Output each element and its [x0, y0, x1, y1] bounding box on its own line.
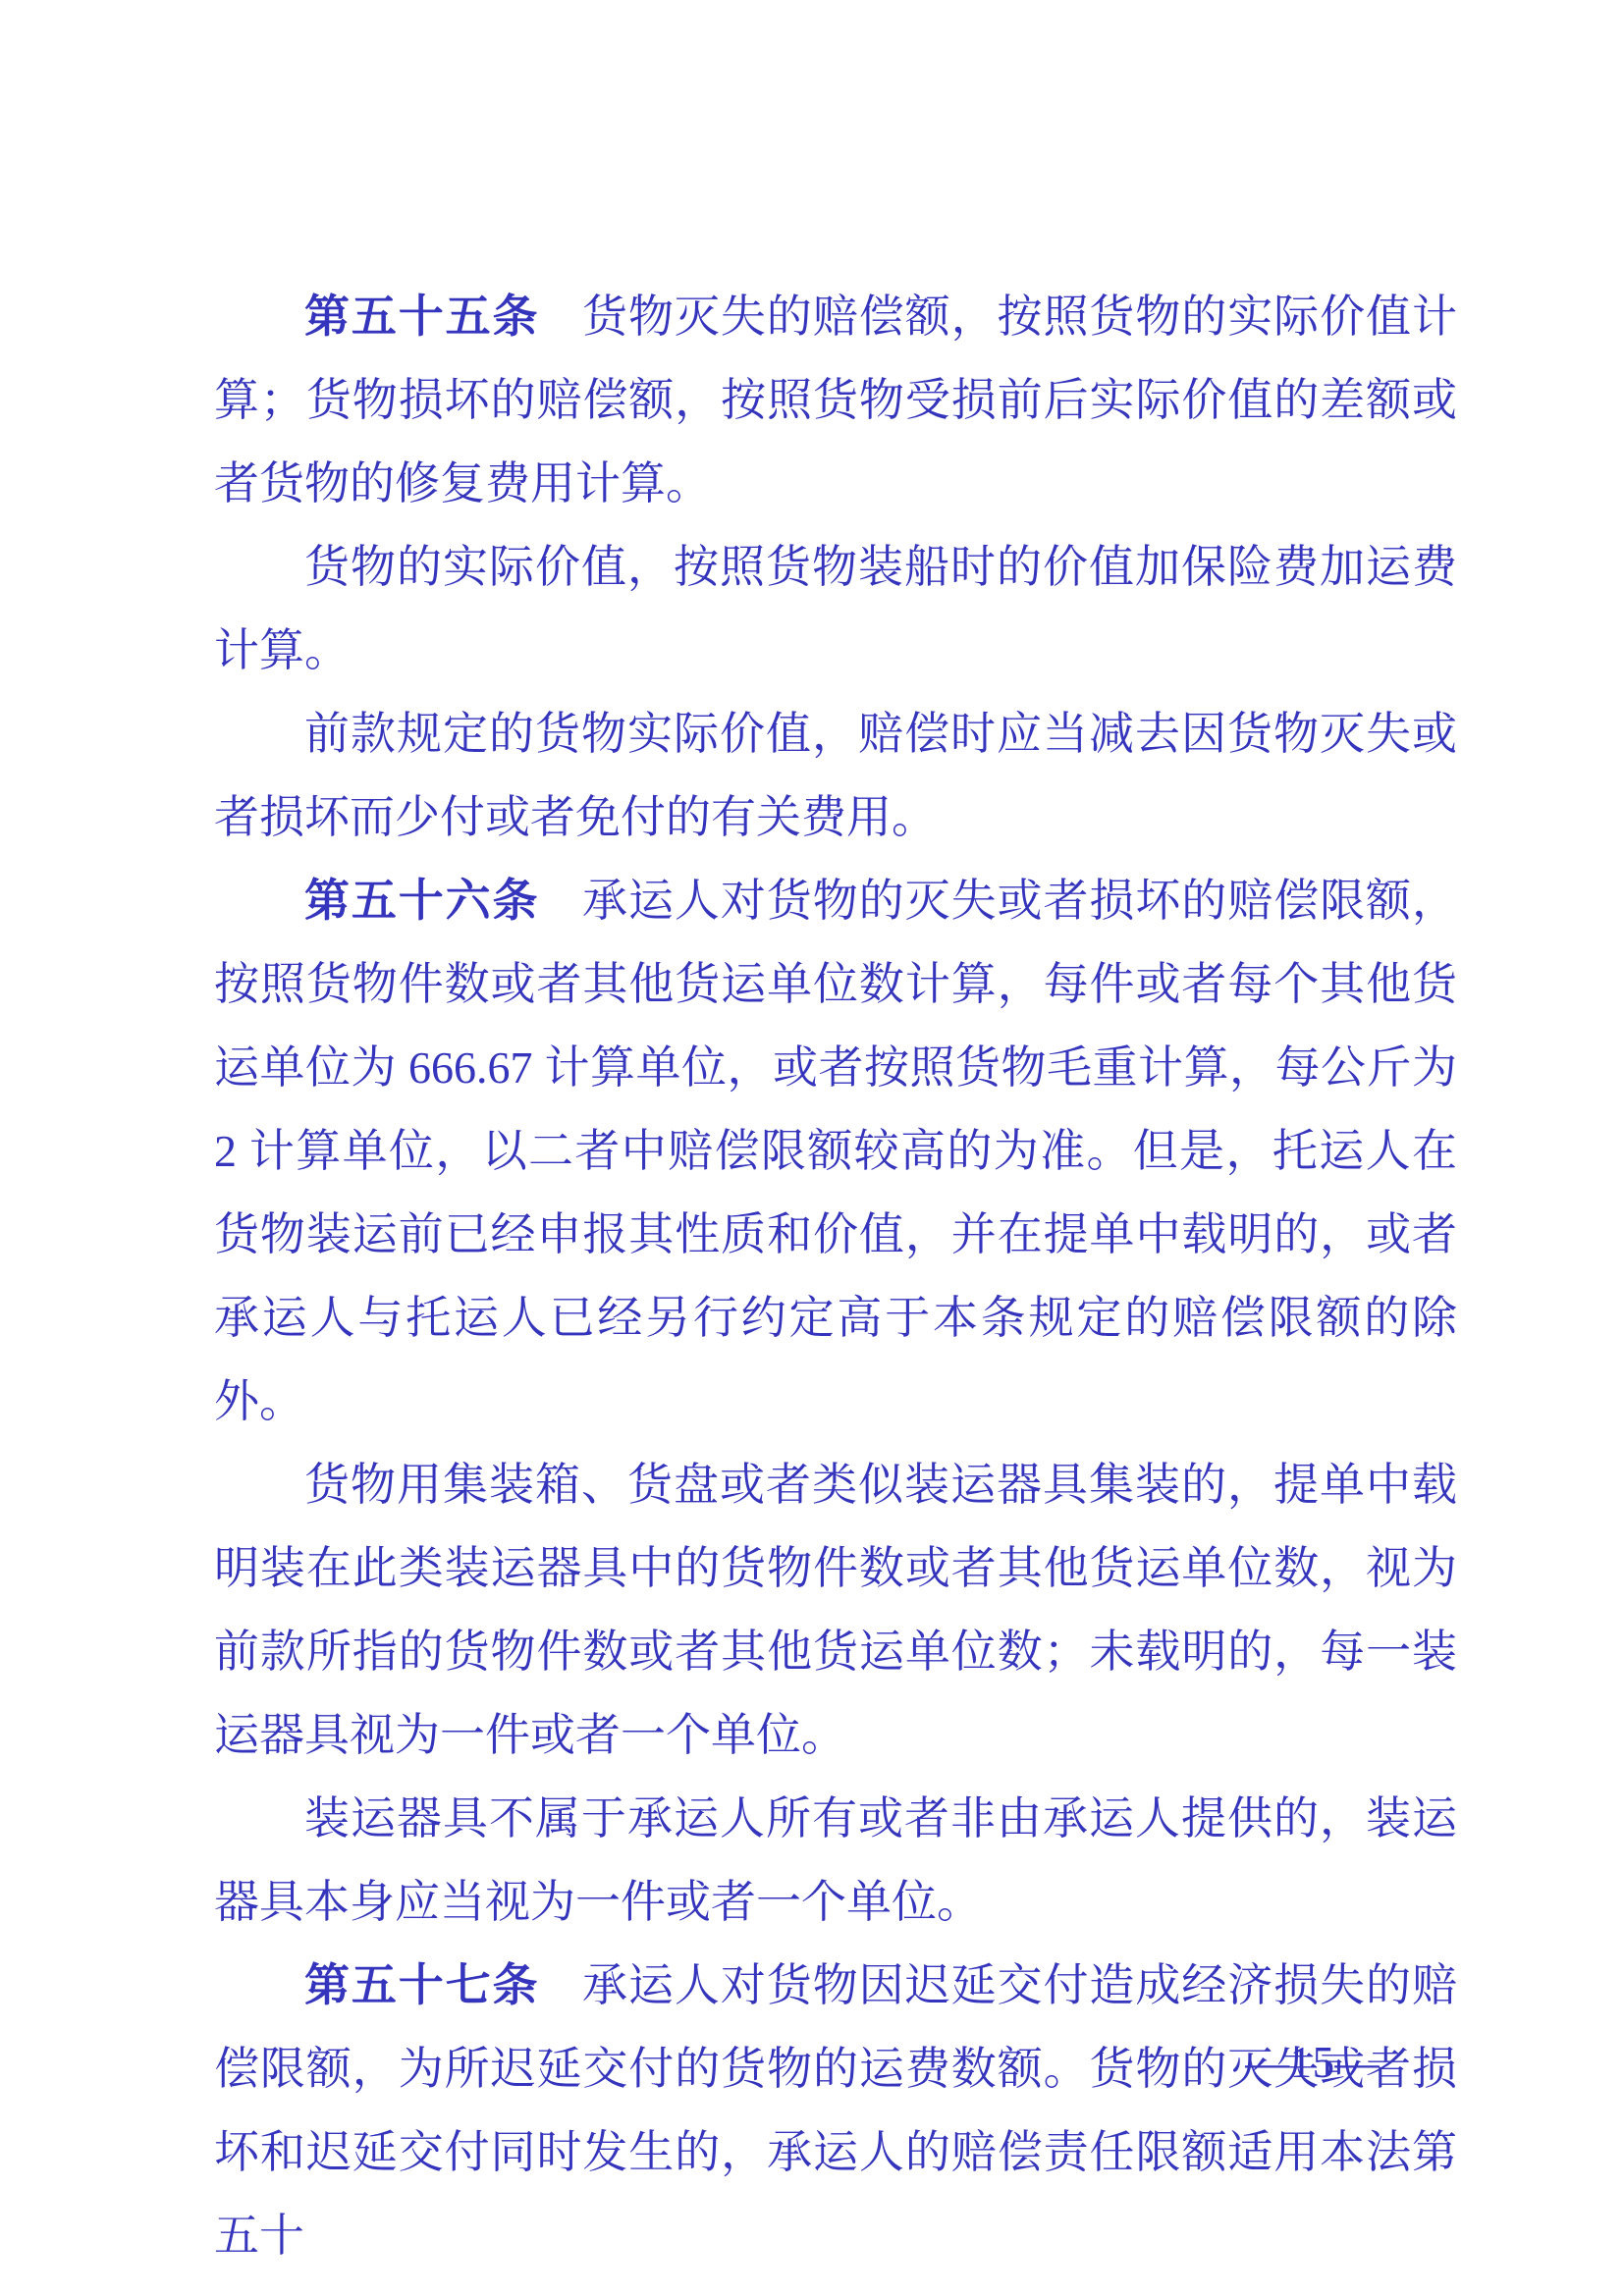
article-56-number: 第五十六条: [304, 875, 539, 926]
law-paragraph-article-55-clause-3: 前款规定的货物实际价值，赔偿时应当减去因货物灭失或者损坏而少付或者免付的有关费用…: [214, 692, 1457, 859]
article-56-clause-3-text: 装运器具不属于承运人所有或者非由承运人提供的，装运器具本身应当视为一件或者一个单…: [214, 1793, 1457, 1927]
document-page: 第五十五条货物灭失的赔偿额，按照货物的实际价值计算；货物损坏的赔偿额，按照货物受…: [0, 0, 1624, 2296]
law-paragraph-article-57: 第五十七条承运人对货物因迟延交付造成经济损失的赔偿限额，为所迟延交付的货物的运费…: [214, 1944, 1457, 2277]
article-55-clause-2-text: 货物的实际价值，按照货物装船时的价值加保险费加运费计算。: [214, 542, 1457, 675]
article-56-clause-2-text: 货物用集装箱、货盘或者类似装运器具集装的，提单中载明装在此类装运器具中的货物件数…: [214, 1460, 1457, 1760]
law-paragraph-article-56-clause-2: 货物用集装箱、货盘或者类似装运器具集装的，提单中载明装在此类装运器具中的货物件数…: [214, 1443, 1457, 1777]
article-57-number: 第五十七条: [304, 1959, 539, 2010]
law-paragraph-article-56-clause-3: 装运器具不属于承运人所有或者非由承运人提供的，装运器具本身应当视为一件或者一个单…: [214, 1777, 1457, 1944]
law-paragraph-article-55: 第五十五条货物灭失的赔偿额，按照货物的实际价值计算；货物损坏的赔偿额，按照货物受…: [214, 275, 1457, 525]
article-56-text: 承运人对货物的灭失或者损坏的赔偿限额，按照货物件数或者其他货运单位数计算，每件或…: [214, 876, 1457, 1426]
law-text-block: 第五十五条货物灭失的赔偿额，按照货物的实际价值计算；货物损坏的赔偿额，按照货物受…: [214, 275, 1457, 2277]
law-paragraph-article-55-clause-2: 货物的实际价值，按照货物装船时的价值加保险费加运费计算。: [214, 525, 1457, 692]
page-number: —15—: [1245, 2034, 1380, 2091]
law-paragraph-article-56: 第五十六条承运人对货物的灭失或者损坏的赔偿限额，按照货物件数或者其他货运单位数计…: [214, 859, 1457, 1443]
article-55-number: 第五十五条: [304, 291, 539, 342]
article-55-clause-3-text: 前款规定的货物实际价值，赔偿时应当减去因货物灭失或者损坏而少付或者免付的有关费用…: [214, 709, 1457, 842]
